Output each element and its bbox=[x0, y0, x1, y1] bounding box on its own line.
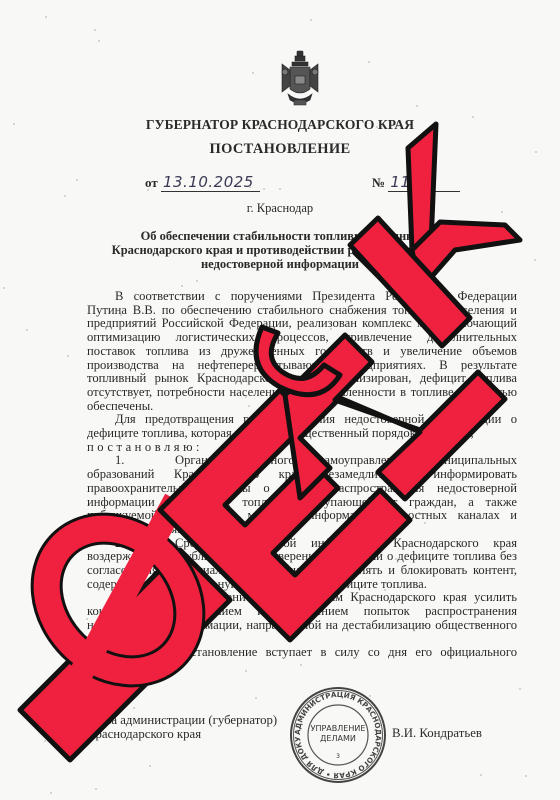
scan-noise bbox=[43, 703, 45, 705]
subject-line: Краснодарского края и противодействии ра… bbox=[0, 243, 560, 257]
position-line: Глава администрации (губернатор) bbox=[87, 713, 277, 727]
scan-noise bbox=[70, 634, 72, 636]
scan-noise bbox=[196, 280, 198, 282]
item-4: 4.Постановление вступает в силу со дня е… bbox=[87, 646, 517, 673]
seal-number: 3 bbox=[336, 753, 340, 760]
number-prefix: № bbox=[372, 175, 385, 190]
official-seal-icon: АДМИНИСТРАЦИЯ КРАСНОДАРСКОГО КРАЯ • ДЛЯ … bbox=[288, 685, 388, 785]
scan-noise bbox=[416, 105, 418, 107]
coat-of-arms-icon bbox=[278, 50, 322, 108]
scan-noise bbox=[149, 765, 151, 767]
number-field: № 11б bbox=[372, 173, 460, 191]
scan-noise bbox=[133, 707, 135, 709]
position-line: Краснодарского края bbox=[87, 727, 277, 741]
scan-noise bbox=[98, 40, 100, 42]
scan-noise bbox=[263, 188, 265, 190]
scan-noise bbox=[94, 29, 96, 31]
scan-noise bbox=[64, 195, 66, 197]
seal-center-line: ДЕЛАМИ bbox=[320, 734, 356, 743]
item-number: 1. bbox=[115, 454, 175, 468]
paragraph-purpose: Для предотвращения распространения недос… bbox=[87, 413, 517, 440]
scan-noise bbox=[480, 774, 482, 776]
date-value: 13.10.2025 bbox=[161, 173, 260, 192]
scan-noise bbox=[67, 355, 69, 357]
item-1: 1.Органам местного самоуправления муници… bbox=[87, 454, 517, 536]
issuer-title: ГУБЕРНАТОР КРАСНОДАРСКОГО КРАЯ bbox=[0, 117, 560, 133]
item-2: 2.Средствам массовой информации Краснода… bbox=[87, 537, 517, 592]
scan-noise bbox=[26, 329, 28, 331]
scan-noise bbox=[95, 788, 97, 790]
item-number: 4. bbox=[115, 646, 175, 660]
scan-noise bbox=[519, 688, 521, 690]
date-prefix: от bbox=[145, 175, 158, 190]
document-subject: Об обеспечении стабильности топливного р… bbox=[0, 229, 560, 271]
scan-noise bbox=[252, 72, 254, 74]
item-3: 3.Правоохранительным органам Краснодарск… bbox=[87, 591, 517, 646]
paragraph-preamble: В соответствии с поручениями Президента … bbox=[87, 290, 517, 413]
scan-noise bbox=[45, 16, 47, 18]
scan-noise bbox=[376, 224, 378, 226]
document-body: В соответствии с поручениями Президента … bbox=[87, 290, 517, 674]
scan-noise bbox=[525, 775, 527, 777]
scan-noise bbox=[50, 792, 52, 794]
scan-noise bbox=[310, 19, 312, 21]
document-type: ПОСТАНОВЛЕНИЕ bbox=[0, 141, 560, 158]
subject-line: недостоверной информации bbox=[0, 257, 560, 271]
signatory-position: Глава администрации (губернатор) Краснод… bbox=[87, 713, 277, 741]
number-value: 11б bbox=[388, 173, 460, 192]
scan-noise bbox=[44, 740, 46, 742]
signatory-name: В.И. Кондратьев bbox=[392, 726, 482, 741]
scan-noise bbox=[181, 285, 183, 287]
seal-center-line: УПРАВЛЕНИЕ bbox=[311, 724, 366, 733]
resolve-word: постановляю: bbox=[87, 441, 517, 455]
scan-noise bbox=[368, 61, 370, 63]
scan-noise bbox=[76, 179, 78, 181]
city: г. Краснодар bbox=[0, 201, 560, 216]
item-number: 2. bbox=[115, 537, 175, 551]
scan-noise bbox=[3, 287, 5, 289]
document-page: ГУБЕРНАТОР КРАСНОДАРСКОГО КРАЯ ПОСТАНОВЛ… bbox=[0, 0, 560, 800]
scan-noise bbox=[279, 188, 281, 190]
scan-noise bbox=[255, 697, 257, 699]
date-field: от 13.10.2025 bbox=[145, 173, 260, 191]
item-number: 3. bbox=[115, 591, 175, 605]
subject-line: Об обеспечении стабильности топливного р… bbox=[0, 229, 560, 243]
